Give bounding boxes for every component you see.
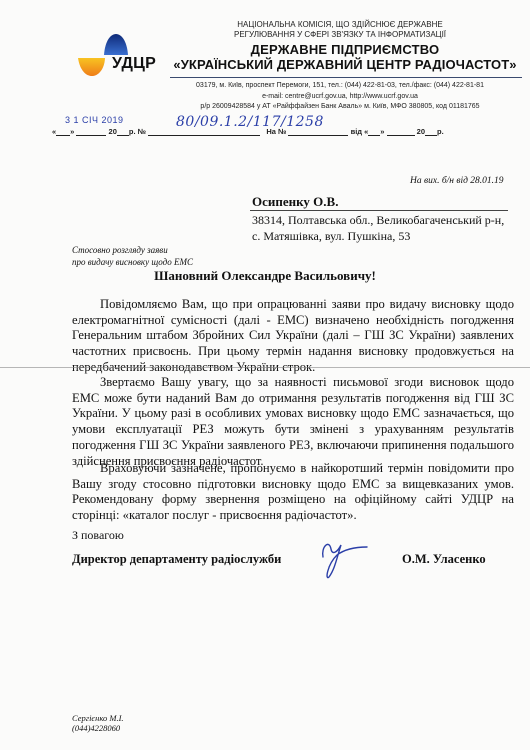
quote-close: » bbox=[70, 127, 74, 136]
subject-line-2: про видачу висновку щодо ЕМС bbox=[72, 256, 193, 268]
recipient-address: 38314, Полтавська обл., Великобагаченськ… bbox=[252, 212, 522, 244]
regulator-line-1: НАЦІОНАЛЬНА КОМІСІЯ, ЩО ЗДІЙСНЮЄ ДЕРЖАВН… bbox=[160, 20, 520, 30]
recipient-divider bbox=[250, 210, 508, 211]
from-label: від « bbox=[351, 127, 369, 136]
outgoing-number: 80/09.1.2/117/1258 bbox=[176, 114, 324, 130]
address-line-1: 03179, м. Київ, проспект Перемоги, 151, … bbox=[160, 81, 520, 90]
subject-line-1: Стосовно розгляду заяви bbox=[72, 244, 193, 256]
month-blank bbox=[76, 126, 106, 136]
from-year-blank bbox=[425, 126, 437, 136]
signer-name: О.М. Уласенко bbox=[402, 552, 486, 567]
org-name-line-1: ДЕРЖАВНЕ ПІДПРИЄМСТВО bbox=[160, 42, 530, 57]
bank-details-line: р/р 26009428584 у АТ «Райффайзен Банк Ав… bbox=[160, 102, 520, 111]
contact-line: e-mail: centre@ucrf.gov.ua, http://www.u… bbox=[160, 92, 520, 101]
body-paragraph: Враховуючи зазначене, пропонуємо в найко… bbox=[72, 461, 514, 524]
recipient-name: Осипенку О.В. bbox=[252, 194, 338, 210]
from-close: » bbox=[380, 127, 384, 136]
year-blank bbox=[117, 126, 129, 136]
from-year-suffix: р. bbox=[437, 127, 444, 136]
executor-name: Сергієнко М.І. bbox=[72, 713, 124, 723]
from-day-blank bbox=[368, 126, 380, 136]
scan-artifact-line bbox=[0, 367, 530, 368]
recipient-address-line-2: с. Матяшівка, вул. Пушкіна, 53 bbox=[252, 228, 522, 244]
date-stamp: 3 1 СІЧ 2019 bbox=[65, 115, 124, 125]
reply-reference: На вих. б/н від 28.01.19 bbox=[410, 176, 504, 186]
logo-text: УДЦР bbox=[112, 55, 156, 73]
body-paragraph: Повідомляємо Вам, що при опрацюванні зая… bbox=[72, 297, 514, 376]
udcr-logo-icon bbox=[68, 22, 163, 82]
recipient-address-line-1: 38314, Полтавська обл., Великобагаченськ… bbox=[252, 212, 522, 228]
executor-info: Сергієнко М.І. (044)4228060 bbox=[72, 713, 124, 733]
from-year: 20 bbox=[417, 127, 425, 136]
header-divider bbox=[170, 77, 522, 78]
handwritten-signature-icon bbox=[315, 535, 375, 581]
signer-title: Директор департаменту радіослужби bbox=[72, 552, 281, 567]
body-paragraph: Звертаємо Вашу увагу, що за наявності пи… bbox=[72, 375, 514, 469]
subject: Стосовно розгляду заяви про видачу висно… bbox=[72, 244, 193, 268]
executor-phone: (044)4228060 bbox=[72, 723, 124, 733]
year-suffix: р. № bbox=[129, 127, 146, 136]
year-prefix: 20 bbox=[109, 127, 117, 136]
day-blank bbox=[56, 126, 70, 136]
closing-regards: З повагою bbox=[72, 528, 124, 543]
from-month-blank bbox=[387, 126, 415, 136]
regulator-line-2: РЕГУЛЮВАННЯ У СФЕРІ ЗВ'ЯЗКУ ТА ІНФОРМАТИ… bbox=[160, 30, 520, 40]
greeting: Шановний Олександре Васильовичу! bbox=[0, 268, 530, 284]
org-name-line-2: «УКРАЇНСЬКИЙ ДЕРЖАВНИЙ ЦЕНТР РАДІОЧАСТОТ… bbox=[155, 57, 530, 72]
